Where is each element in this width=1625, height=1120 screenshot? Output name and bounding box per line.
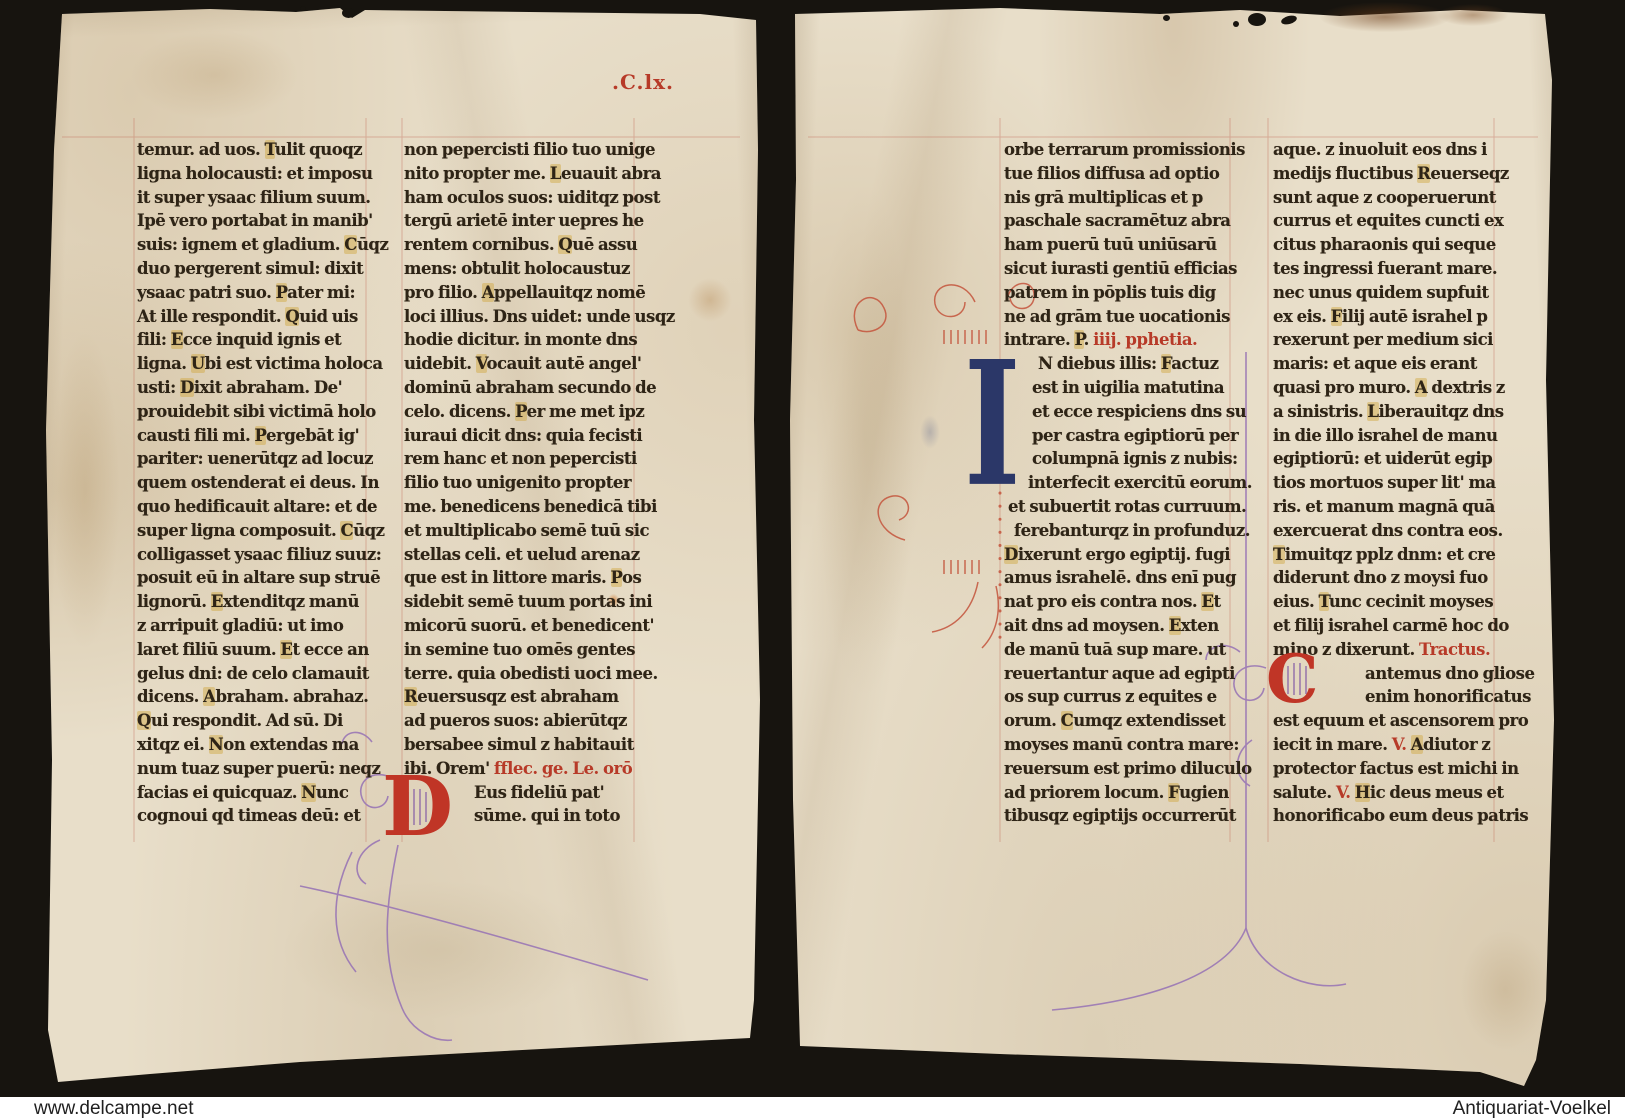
manuscript-line: orbe terrarum promissionis	[1004, 138, 1236, 162]
manuscript-line: columpnā ignis z nubis:	[1004, 447, 1236, 471]
manuscript-line: citus pharaonis qui seque	[1273, 233, 1501, 257]
manuscript-line: nito propter me. Leuauit abra	[404, 162, 636, 186]
wormhole	[1163, 15, 1170, 21]
manuscript-line: diderunt dno z moysi fuo	[1273, 566, 1501, 590]
manuscript-line: ham puerū tuū uniūsarū	[1004, 233, 1236, 257]
watermark-strip	[0, 1097, 1625, 1120]
watermark-seller: Antiquariat-Voelkel	[1453, 1098, 1611, 1120]
manuscript-line: temur. ad uos. Tulit quoqz	[137, 138, 369, 162]
manuscript-line: uidebit. Vocauit autē angel'	[404, 352, 636, 376]
manuscript-line: cognoui qd timeas deū: et	[137, 804, 369, 828]
manuscript-line: celo. dicens. Per me met ipz	[404, 400, 636, 424]
manuscript-line: currus et equites cuncti ex	[1273, 209, 1501, 233]
manuscript-line: super ligna composuit. Cūqz	[137, 519, 369, 543]
manuscript-line: moyses manū contra mare:	[1004, 733, 1236, 757]
manuscript-line: salute. V. Hic deus meus et	[1273, 781, 1501, 805]
text-column-left-leaf-2: non pepercisti filio tuo unigenito propt…	[404, 138, 636, 828]
manuscript-line: tibusqz egiptijs occurrerūt	[1004, 804, 1236, 828]
manuscript-line: pariter: uenerūtqz ad locuz	[137, 447, 369, 471]
manuscript-line: Dixerunt ergo egiptij. fugi	[1004, 543, 1236, 567]
initial-i: I	[964, 338, 1021, 509]
wormhole	[1233, 21, 1239, 27]
manuscript-line: facias ei quicquaz. Nunc	[137, 781, 369, 805]
manuscript-line: ex eis. Filij autē israhel p	[1273, 305, 1501, 329]
text-column-left-leaf-1: temur. ad uos. Tulit quoqzligna holocaus…	[137, 138, 369, 828]
manuscript-line: a sinistris. Liberauitqz dns	[1273, 400, 1501, 424]
manuscript-line: nis grā multiplicas et p	[1004, 186, 1236, 210]
manuscript-line: in semine tuo omēs gentes	[404, 638, 636, 662]
manuscript-line: usti: Dixit abraham. De'	[137, 376, 369, 400]
manuscript-line: filio tuo unigenito propter	[404, 471, 636, 495]
manuscript-line: eius. Tunc cecinit moyses	[1273, 590, 1501, 614]
manuscript-line: tue filios diffusa ad optio	[1004, 162, 1236, 186]
manuscript-line: num tuaz super puerū: neqz	[137, 757, 369, 781]
manuscript-line: interfecit exercitū eorum.	[1004, 471, 1236, 495]
manuscript-line: sunt aque z cooperuerunt	[1273, 186, 1501, 210]
manuscript-line: fili: Ecce inquid ignis et	[137, 328, 369, 352]
watermark-delcampe: www.delcampe.net	[34, 1098, 193, 1120]
manuscript-line: rentem cornibus. Quē assu	[404, 233, 636, 257]
manuscript-line: quasi pro muro. A dextris z	[1273, 376, 1501, 400]
manuscript-line: tergū arietē inter uepres he	[404, 209, 636, 233]
manuscript-line: exercuerat dns contra eos.	[1273, 519, 1501, 543]
manuscript-line: bersabee simul z habitauit	[404, 733, 636, 757]
manuscript-line: loci illius. Dns uidet: unde usqz	[404, 305, 636, 329]
wormhole	[300, 6, 306, 11]
manuscript-line: ferebanturqz in profunduz.	[1004, 519, 1236, 543]
manuscript-line: intrare. P. iiij. pphetia.	[1004, 328, 1236, 352]
manuscript-line: causti fili mi. Pergebāt ig'	[137, 424, 369, 448]
manuscript-line: ysaac patri suo. Pater mi:	[137, 281, 369, 305]
manuscript-line: ligna. Ubi est victima holoca	[137, 352, 369, 376]
manuscript-line: sidebit semē tuum portas ini	[404, 590, 636, 614]
manuscript-line: et subuertit rotas curruum.	[1004, 495, 1236, 519]
manuscript-line: sicut iurasti gentiū efficias	[1004, 257, 1236, 281]
photo-stage: .C.lx. temur. ad uos. Tulit quoqzligna h…	[0, 0, 1625, 1120]
manuscript-line: ne ad grām tue uocationis	[1004, 305, 1236, 329]
manuscript-line: suis: ignem et gladium. Cūqz	[137, 233, 369, 257]
manuscript-line: de manū tuā sup mare. ut	[1004, 638, 1236, 662]
manuscript-line: tios mortuos super lit' ma	[1273, 471, 1501, 495]
manuscript-line: paschale sacramētuz abra	[1004, 209, 1236, 233]
manuscript-line: ad pueros suos: abierūtqz	[404, 709, 636, 733]
manuscript-line: it super ysaac filium suum.	[137, 186, 369, 210]
manuscript-line: rem hanc et non pepercisti	[404, 447, 636, 471]
wormhole	[342, 8, 355, 18]
manuscript-line: aque. z inuoluit eos dns i	[1273, 138, 1501, 162]
manuscript-line: me. benedicens benedicā tibi	[404, 495, 636, 519]
manuscript-line: dicens. Abraham. abrahaz.	[137, 685, 369, 709]
manuscript-line: os sup currus z equites e	[1004, 685, 1236, 709]
initial-c: C	[1266, 646, 1319, 712]
manuscript-line: pro filio. Appellauitqz nomē	[404, 281, 636, 305]
manuscript-line: ris. et manum magnā quā	[1273, 495, 1501, 519]
manuscript-line: prouidebit sibi victimā holo	[137, 400, 369, 424]
folio-number: .C.lx.	[612, 70, 674, 94]
initial-d: D	[382, 766, 453, 848]
manuscript-line: lignorū. Extenditqz manū	[137, 590, 369, 614]
manuscript-line: stellas celi. et uelud arenaz	[404, 543, 636, 567]
manuscript-line: quem ostenderat ei deus. In	[137, 471, 369, 495]
manuscript-line: et filij israhel carmē hoc do	[1273, 614, 1501, 638]
manuscript-line: micorū suorū. et benedicent'	[404, 614, 636, 638]
text-column-right-leaf-2: aque. z inuoluit eos dns imedijs fluctib…	[1273, 138, 1501, 828]
manuscript-line: At ille respondit. Quid uis	[137, 305, 369, 329]
manuscript-line: honorificabo eum deus patris	[1273, 804, 1501, 828]
manuscript-line: medijs fluctibus Reuerseqz	[1273, 162, 1501, 186]
manuscript-line: rexerunt per medium sici	[1273, 328, 1501, 352]
manuscript-line: per castra egiptiorū per	[1004, 424, 1236, 448]
manuscript-line: reuertantur aque ad egipti	[1004, 662, 1236, 686]
manuscript-line: terre. quia obedisti uoci mee.	[404, 662, 636, 686]
manuscript-line: que est in littore maris. Pos	[404, 566, 636, 590]
manuscript-line: mens: obtulit holocaustuz	[404, 257, 636, 281]
manuscript-line: Reuersusqz est abraham	[404, 685, 636, 709]
wormhole	[1248, 13, 1266, 26]
manuscript-line: et ecce respiciens dns su	[1004, 400, 1236, 424]
manuscript-line: ham oculos suos: uiditqz post	[404, 186, 636, 210]
manuscript-line: patrem in pōplis tuis dig	[1004, 281, 1236, 305]
manuscript-line: egiptiorū: et uiderūt egip	[1273, 447, 1501, 471]
manuscript-line: Timuitqz pplz dnm: et cre	[1273, 543, 1501, 567]
manuscript-line: N diebus illis: Factuz	[1004, 352, 1236, 376]
manuscript-line: nec unus quidem supfuit	[1273, 281, 1501, 305]
manuscript-line: laret filiū suum. Et ecce an	[137, 638, 369, 662]
manuscript-line: in die illo israhel de manu	[1273, 424, 1501, 448]
manuscript-line: nat pro eis contra nos. Et	[1004, 590, 1236, 614]
manuscript-line: colligasset ysaac filiuz suuz:	[137, 543, 369, 567]
manuscript-line: z arripuit gladiū: ut imo	[137, 614, 369, 638]
manuscript-line: xitqz ei. Non extendas ma	[137, 733, 369, 757]
manuscript-line: tes ingressi fuerant mare.	[1273, 257, 1501, 281]
manuscript-line: Ipē vero portabat in manib'	[137, 209, 369, 233]
manuscript-line: gelus dni: de celo clamauit	[137, 662, 369, 686]
manuscript-line: et multiplicabo semē tuū sic	[404, 519, 636, 543]
manuscript-line: est in uigilia matutina	[1004, 376, 1236, 400]
manuscript-line: dominū abraham secundo de	[404, 376, 636, 400]
manuscript-line: protector factus est michi in	[1273, 757, 1501, 781]
manuscript-line: iuraui dicit dns: quia fecisti	[404, 424, 636, 448]
manuscript-line: ad priorem locum. Fugien	[1004, 781, 1236, 805]
manuscript-line: amus israhelē. dns enī pug	[1004, 566, 1236, 590]
manuscript-line: duo pergerent simul: dixit	[137, 257, 369, 281]
manuscript-line: quo hedificauit altare: et de	[137, 495, 369, 519]
manuscript-line: ait dns ad moysen. Exten	[1004, 614, 1236, 638]
manuscript-line: non pepercisti filio tuo unige	[404, 138, 636, 162]
manuscript-line: hodie dicitur. in monte dns	[404, 328, 636, 352]
manuscript-line: maris: et aque eis erant	[1273, 352, 1501, 376]
manuscript-line: iecit in mare. V. Adiutor z	[1273, 733, 1501, 757]
text-column-right-leaf-1: orbe terrarum promissionistue filios dif…	[1004, 138, 1236, 828]
manuscript-line: Qui respondit. Ad sū. Di	[137, 709, 369, 733]
manuscript-line: posuit eū in altare sup struē	[137, 566, 369, 590]
manuscript-line: ligna holocausti: et imposu	[137, 162, 369, 186]
manuscript-line: orum. Cumqz extendisset	[1004, 709, 1236, 733]
manuscript-line: reuersum est primo diluculo	[1004, 757, 1236, 781]
